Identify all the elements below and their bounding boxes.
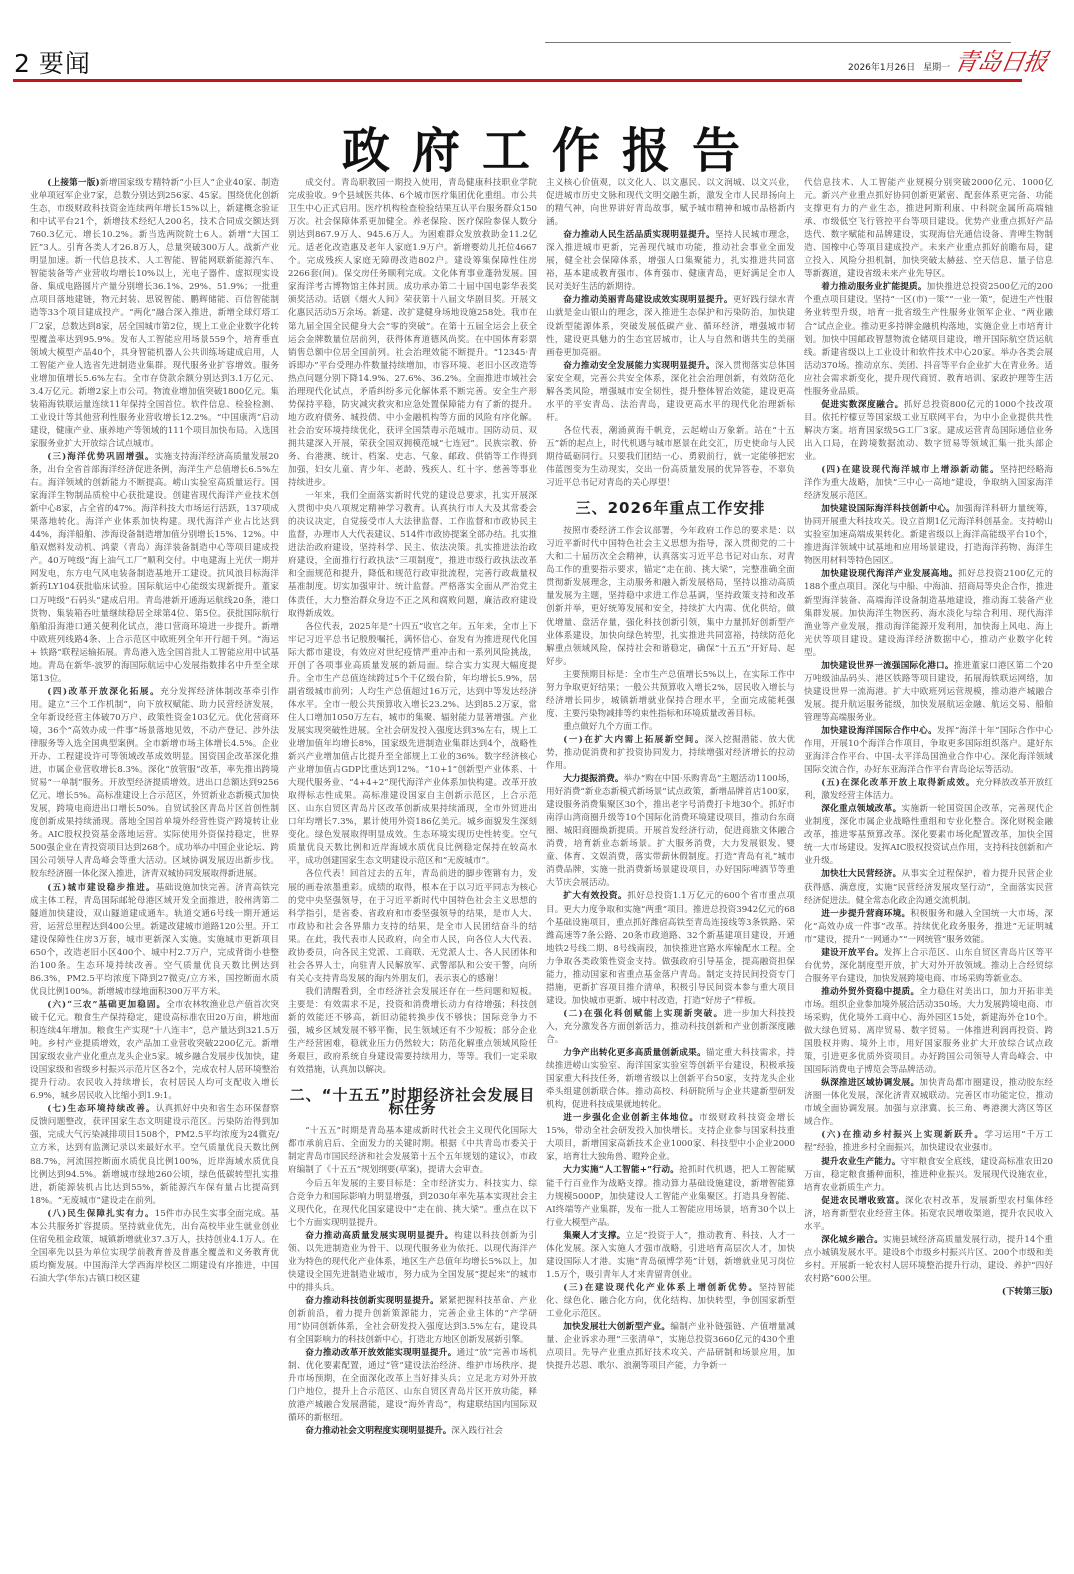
article-paragraph: 一年来，我们全面落实新时代党的建设总要求，扎实开展深入贯彻中央八项规定精神学习教… xyxy=(288,490,537,620)
article-column-4: 代信息技术、人工智能产业规模分别突破2000亿元、1000亿元。新兴产业重点抓好… xyxy=(804,177,1053,1557)
article-paragraph: 加快壮大民营经济。从事实全过程保护，着力提升民营企业获得感、满意度，实施“民营经… xyxy=(804,868,1053,907)
paragraph-text: 15件市办民生实事全面完成。基本公共服务扩容提质。坚持就业优先，出台高校毕业生就… xyxy=(30,1209,279,1284)
article-paragraph: (三)在建设现代化产业体系上增创新优势。坚持智能化、绿色化、融合化方向，优化结构… xyxy=(546,1282,795,1321)
article-paragraph: 促进农民增收致富。深化农村改革，发展新型农村集体经济，培育新型农业经营主体。拓宽… xyxy=(804,1195,1053,1234)
article-paragraph: 进一步提升营商环境。积极服务和融入全国统一大市场，深化“高效办成一件事”改革。持… xyxy=(804,908,1053,947)
article-paragraph: 重点做好九个方面工作。 xyxy=(546,721,795,734)
article-paragraph: 进一步强化企业创新主体地位。市级财政科技资金增长15%，带动全社会研发投入加快增… xyxy=(546,1112,795,1164)
article-column-3: 主义核心价值观，以文化人、以文惠民、以文润城、以文兴业，促进城市历史文脉和现代文… xyxy=(546,177,795,1557)
paragraph-lead-label: 扩大有效投资。 xyxy=(563,891,627,901)
paragraph-text: 代信息技术、人工智能产业规模分别突破2000亿元、1000亿元。新兴产业重点抓好… xyxy=(804,178,1053,279)
paragraph-lead-label: 进一步强化企业创新主体地位。 xyxy=(563,1113,699,1123)
article-paragraph: 大力提振消费。举办“购在中国·乐购青岛”主题活动1100场，用好消费“新业态新模… xyxy=(546,773,795,890)
continued-label: (下转第三版) xyxy=(1002,1287,1053,1297)
article-paragraph: 促进实数深度融合。抓好总投资800亿元的1000个技改项目。依托柠檬豆等国家级工… xyxy=(804,399,1053,464)
article-paragraph: 集聚人才支撑。立足“投资于人”，推动教育、科技、人才一体化发展。深入实施人才强市… xyxy=(546,1230,795,1282)
paragraph-text: 重点做好九个方面工作。 xyxy=(563,722,658,732)
article-paragraph: (七)生态环境持续改善。认真抓好中央和省生态环保督察反馈问题整改，获评国家生态文… xyxy=(30,1103,279,1207)
paragraph-lead-label: (上接第一版) xyxy=(47,178,100,188)
paragraph-text: 主要预期目标是：全市生产总值增长5%以上，在实际工作中努力争取更好结果；一般公共… xyxy=(546,670,795,719)
paragraph-text: 充分发挥经济体制改革牵引作用。建立“三个工作机制”，向下放权赋能、助力民营经济发… xyxy=(30,687,279,880)
paragraph-lead-label: 纵深推进区域协调发展。 xyxy=(821,1078,919,1088)
paragraph-lead-label: 奋力推动安全发展能力实现明显提升。 xyxy=(563,361,715,371)
article-paragraph: 各位代表，潮涌黄海千帆竞，云起崂山万象新。站在“十五五”新的起点上，时代机遇与城… xyxy=(546,425,795,490)
paragraph-lead-label: 奋力推动高质量发展实现明显提升。 xyxy=(305,1231,454,1241)
paragraph-lead-label: 建设开放平台。 xyxy=(821,948,884,958)
paragraph-lead-label: 加快建设现代海洋产业发展高地。 xyxy=(821,569,958,579)
paragraph-lead-label: (五)在深化改革开放上取得新成效。 xyxy=(821,778,975,788)
article-paragraph: 奋力推动高质量发展实现明显提升。构建以科技创新为引领、以先进制造业为骨干、以现代… xyxy=(288,1230,537,1295)
article-paragraph: 力争产出转化更多高质量创新成果。锚定重大科技需求，持续推进崂山实验室、海洋国家实… xyxy=(546,1047,795,1112)
paragraph-lead-label: 促进实数深度融合。 xyxy=(821,400,904,410)
paragraph-text: 抓好总投资1.1万亿元的600个省市重点项目。更大力度争取和实施“两重”项目。推… xyxy=(546,891,795,1005)
paragraph-text: 各位代表，2025年是“十四五”收官之年。五年来，全市上下牢记习近平总书记殷殷嘱… xyxy=(288,622,537,867)
article-paragraph: (六)在推动乡村振兴上实现新跃升。学习运用“千万工程”经验，推进乡村全面振兴，加… xyxy=(804,1129,1053,1155)
article-paragraph: 加快发展壮大创新型产业。编制产业补链强链、产值增量减量、企业诉求办理“三张清单”… xyxy=(546,1321,795,1373)
page-headline: 政府工作报告 xyxy=(0,112,1074,181)
paragraph-text: 新增国家级专精特新“小巨人”企业40家、制造业单项冠军企业7家，总数分别达到25… xyxy=(30,178,279,449)
article-paragraph: “十五五”时期是青岛基本建成新时代社会主义现代化国际大都市承前启后、全面发力的关… xyxy=(288,1125,537,1177)
paragraph-lead-label: 奋力推动改革开放效能实现明显提升。 xyxy=(305,1348,456,1358)
section-heading: 三、2026年重点工作安排 xyxy=(546,502,795,515)
article-paragraph: 着力推动服务业扩能提质。加快推进总投资2500亿元的200个重点项目建设。坚持“… xyxy=(804,281,1053,398)
paragraph-text: 认真抓好中央和省生态环保督察反馈问题整改，获评国家生态文明建设示范区。污染防治得… xyxy=(30,1104,279,1205)
paragraph-lead-label: 加快建设国际海洋科技创新中心。 xyxy=(821,504,955,514)
paragraph-lead-label: 奋力推动社会文明程度实现明显提升。 xyxy=(305,1426,451,1436)
page-number: 2 xyxy=(14,49,31,78)
paragraph-text: 成交付。青岛职教园一期投入使用，青岛健康科技职业学院完成验收。9个县域医共体、6… xyxy=(288,178,537,488)
paragraph-lead-label: (六)“三农”基础更加稳固。 xyxy=(47,1000,166,1010)
article-paragraph: 奋力推动人民生活品质实现明显提升。坚持人民城市理念，深入推进城市更新，完善现代城… xyxy=(546,229,795,294)
paragraph-lead-label: (一)在扩大内需上拓展新空间。 xyxy=(563,735,705,745)
paragraph-text: 抓好总投资2100亿元的188个重点项目。深化与中船、中海油、招商局等央企合作，… xyxy=(804,569,1053,657)
paragraph-text: 按照市委经济工作会议部署，今年政府工作总的要求是：以习近平新时代中国特色社会主义… xyxy=(546,526,795,666)
paragraph-text: 举办“购在中国·乐购青岛”主题活动1100场，用好消费“新业态新模式新场景”试点… xyxy=(546,774,795,888)
article-paragraph: 加快建设海洋国际合作中心。发挥“海洋十年”国际合作中心作用，开展10个海洋合作项… xyxy=(804,725,1053,777)
paragraph-lead-label: 加快发展壮大创新型产业。 xyxy=(563,1322,670,1332)
article-paragraph: (五)城市建设稳步推进。基础设施加快完善。济青高铁完成主体工程，青岛国际邮轮母港… xyxy=(30,882,279,999)
article-paragraph: (二)在强化科创赋能上实现新突破。进一步加大科技投入，充分激发各方面创新活力，推… xyxy=(546,1008,795,1047)
paragraph-text: 我们清醒看到，全市经济社会发展还存在一些问题和短板。主要是：有效需求不足，投资和… xyxy=(288,987,537,1075)
article-paragraph: (六)“三农”基础更加稳固。全市农林牧渔业总产值首次突破千亿元。粮食生产保持稳定… xyxy=(30,999,279,1103)
paragraph-lead-label: 加快建设海洋国际合作中心。 xyxy=(821,726,937,736)
article-paragraph: 深化重点领域改革。实施新一轮国资国企改革，完善现代企业制度，深化市属企业战略性重… xyxy=(804,803,1053,868)
article-paragraph: 今后五年发展的主要目标是：全市经济实力、科技实力、综合竞争力和国际影响力明显增强… xyxy=(288,1178,537,1230)
top-divider xyxy=(545,42,1011,43)
article-paragraph: 奋力推动社会文明程度实现明显提升。深入践行社会 xyxy=(288,1425,537,1438)
article-paragraph: 加快建设现代海洋产业发展高地。抓好总投资2100亿元的188个重点项目。深化与中… xyxy=(804,568,1053,659)
section-name: 要闻 xyxy=(39,49,91,78)
paragraph-lead-label: (七)生态环境持续改善。 xyxy=(47,1104,156,1114)
article-paragraph: (八)民生保障扎实有力。15件市办民生实事全面完成。基本公共服务扩容提质。坚持就… xyxy=(30,1208,279,1286)
article-paragraph: 我们清醒看到，全市经济社会发展还存在一些问题和短板。主要是：有效需求不足，投资和… xyxy=(288,986,537,1077)
continued-on-page-note: (下转第三版) xyxy=(804,1286,1053,1299)
paragraph-text: 各位代表！回首过去的五年，青岛前进的脚步铿锵有力，发展的画卷浓墨重彩。成绩的取得… xyxy=(288,869,537,983)
paragraph-lead-label: 大力实施“人工智能+”行动。 xyxy=(563,1165,679,1175)
paragraph-lead-label: 提升农业生产能力。 xyxy=(821,1157,901,1167)
paragraph-text: 今后五年发展的主要目标是：全市经济实力、科技实力、综合竞争力和国际影响力明显增强… xyxy=(288,1179,537,1228)
article-paragraph: 奋力推动改革开放效能实现明显提升。通过“放”完善市场机制、优化要素配置，通过“管… xyxy=(288,1347,537,1425)
article-paragraph: 提升农业生产能力。守牢粮食安全底线，建设高标准农田20万亩，稳定粮食播种面积，推… xyxy=(804,1156,1053,1195)
article-paragraph: (一)在扩大内需上拓展新空间。深入挖掘潜能、放大优势，推动促消费和扩投资协同发力… xyxy=(546,734,795,773)
article-paragraph: 各位代表，2025年是“十四五”收官之年。五年来，全市上下牢记习近平总书记殷殷嘱… xyxy=(288,621,537,869)
paragraph-lead-label: 促进农民增收致富。 xyxy=(821,1196,905,1206)
article-paragraph: 建设开放平台。发挥上合示范区、山东自贸区青岛片区等平台优势，深化制度型开放，扩大… xyxy=(804,947,1053,986)
article-paragraph: 纵深推进区域协调发展。加快青岛都市圈建设，推动胶东经济圈一体化发展，深化济青双城… xyxy=(804,1077,1053,1129)
article-paragraph: (五)在深化改革开放上取得新成效。充分释放改革开放红利，激发经营主体活力。 xyxy=(804,777,1053,803)
paragraph-lead-label: (八)民生保障扎实有力。 xyxy=(47,1209,155,1219)
article-column-2: 成交付。青岛职教园一期投入使用，青岛健康科技职业学院完成验收。9个县域医共体、6… xyxy=(288,177,537,1557)
paragraph-lead-label: (六)在推动乡村振兴上实现新跃升。 xyxy=(821,1130,984,1140)
article-paragraph: (四)改革开放深化拓展。充分发挥经济体制改革牵引作用。建立“三个工作机制”，向下… xyxy=(30,686,279,882)
article-column-1: (上接第一版)新增国家级专精特新“小巨人”企业40家、制造业单项冠军企业7家，总… xyxy=(30,177,279,1557)
paragraph-lead-label: 着力推动服务业扩能提质。 xyxy=(821,282,926,292)
paragraph-text: 主义核心价值观，以文化人、以文惠民、以文润城、以文兴业，促进城市历史文脉和现代文… xyxy=(546,178,795,227)
page-section-label: 2要闻 xyxy=(14,44,91,80)
article-paragraph: 奋力推动美丽青岛建设成效实现明显提升。更好践行绿水青山就是金山银山的理念，深入推… xyxy=(546,294,795,359)
paragraph-text: 各位代表，潮涌黄海千帆竞，云起崂山万象新。站在“十五五”新的起点上，时代机遇与城… xyxy=(546,426,795,488)
paragraph-lead-label: 力争产出转化更多高质量创新成果。 xyxy=(563,1048,706,1058)
paragraph-text: 全市农林牧渔业总产值首次突破千亿元。粮食生产保持稳定，建设高标准农田20万亩，耕… xyxy=(30,1000,279,1101)
paragraph-text: “十五五”时期是青岛基本建成新时代社会主义现代化国际大都市承前启后、全面发力的关… xyxy=(288,1126,537,1175)
paragraph-lead-label: (二)在强化科创赋能上实现新突破。 xyxy=(563,1009,723,1019)
article-paragraph: 深化城乡融合。实施县域经济高质量发展行动，提升14个重点小城镇发展水平。建设8个… xyxy=(804,1234,1053,1286)
section-heading: 二、“十五五”时期经济社会发展目标任务 xyxy=(288,1089,537,1115)
paragraph-lead-label: (三)在建设现代化产业体系上增创新优势。 xyxy=(563,1283,759,1293)
paragraph-lead-label: 奋力推动科技创新实现明显提升。 xyxy=(305,1296,439,1306)
paragraph-lead-label: 加快壮大民营经济。 xyxy=(821,869,901,879)
paragraph-lead-label: 奋力推动人民生活品质实现明显提升。 xyxy=(563,230,715,240)
article-body: (上接第一版)新增国家级专精特新“小巨人”企业40家、制造业单项冠军企业7家，总… xyxy=(30,177,1060,1557)
article-paragraph: 推动外贸外资稳中提质。全力稳住对美出口，加力开拓非美市场。组织企业参加境外展洽活… xyxy=(804,986,1053,1077)
paragraph-text: 一年来，我们全面落实新时代党的建设总要求，扎实开展深入贯彻中央八项规定精神学习教… xyxy=(288,491,537,618)
paragraph-text: 实施支持海洋经济高质量发展20条，出台全省首部海洋经济促进条例，海洋生产总值增长… xyxy=(30,452,279,684)
article-paragraph: 奋力推动科技创新实现明显提升。紧紧把握科技革命、产业创新前沿，着力提升创新策源能… xyxy=(288,1295,537,1347)
masthead-red-rule xyxy=(13,79,1022,82)
paragraph-lead-label: 奋力推动美丽青岛建设成效实现明显提升。 xyxy=(563,295,733,305)
article-paragraph: (上接第一版)新增国家级专精特新“小巨人”企业40家、制造业单项冠军企业7家，总… xyxy=(30,177,279,451)
weekday: 星期一 xyxy=(923,63,950,73)
article-paragraph: 成交付。青岛职教园一期投入使用，青岛健康科技职业学院完成验收。9个县域医共体、6… xyxy=(288,177,537,490)
paragraph-lead-label: 深化重点领域改革。 xyxy=(821,804,901,814)
article-paragraph: 扩大有效投资。抓好总投资1.1万亿元的600个省市重点项目。更大力度争取和实施“… xyxy=(546,890,795,1007)
paragraph-lead-label: (三)海洋优势巩固增强。 xyxy=(47,452,155,462)
publication-date: 2026年1月26日 xyxy=(848,63,915,73)
article-paragraph: 各位代表！回首过去的五年，青岛前进的脚步铿锵有力，发展的画卷浓墨重彩。成绩的取得… xyxy=(288,868,537,985)
article-paragraph: 奋力推动安全发展能力实现明显提升。深入贯彻落实总体国家安全观，完善公共安全体系，… xyxy=(546,360,795,425)
article-paragraph: 加快建设世界一流强国际化港口。推进董家口港区第二个20万吨级油品码头、港区铁路等… xyxy=(804,660,1053,725)
article-paragraph: (三)海洋优势巩固增强。实施支持海洋经济高质量发展20条，出台全省首部海洋经济促… xyxy=(30,451,279,686)
paragraph-lead-label: (五)城市建设稳步推进。 xyxy=(47,883,156,893)
article-paragraph: 加快建设国际海洋科技创新中心。加强海洋科研力量统筹，协同开展重大科技攻关。设立首… xyxy=(804,503,1053,568)
paragraph-text: 深入践行社会 xyxy=(451,1426,503,1436)
paragraph-text: 全力稳住对美出口，加力开拓非美市场。组织企业参加境外展洽活动350场。大力发展跨… xyxy=(804,987,1053,1075)
paragraph-lead-label: 进一步提升营商环境。 xyxy=(821,909,910,919)
masthead: 2要闻 2026年1月26日星期一 青岛日报 xyxy=(0,0,1074,82)
paragraph-text: 加快推进总投资2500亿元的200个重点项目建设。坚持“一区(市)一策”“一业一… xyxy=(804,282,1053,396)
article-paragraph: 主义核心价值观，以文化人、以文惠民、以文润城、以文兴业，促进城市历史文脉和现代文… xyxy=(546,177,795,229)
paragraph-lead-label: 加快建设世界一流强国际化港口。 xyxy=(821,661,954,671)
paragraph-lead-label: (四)改革开放深化拓展。 xyxy=(47,687,160,697)
paragraph-lead-label: 集聚人才支撑。 xyxy=(563,1231,625,1241)
article-paragraph: (四)在建设现代海洋城市上增添新动能。坚持把经略海洋作为重大战略，加快“三中心一… xyxy=(804,464,1053,503)
paragraph-text: 基础设施加快完善。济青高铁完成主体工程，青岛国际邮轮母港区域开发全面推进，胶州湾… xyxy=(30,883,279,997)
article-paragraph: 大力实施“人工智能+”行动。抢抓时代机遇，把人工智能赋能千行百业作为战略支撑。推… xyxy=(546,1164,795,1229)
dateline: 2026年1月26日星期一 xyxy=(848,60,950,73)
article-paragraph: 按照市委经济工作会议部署，今年政府工作总的要求是：以习近平新时代中国特色社会主义… xyxy=(546,525,795,669)
paragraph-lead-label: 深化城乡融合。 xyxy=(821,1235,883,1245)
article-paragraph: 主要预期目标是：全市生产总值增长5%以上，在实际工作中努力争取更好结果；一般公共… xyxy=(546,669,795,721)
paragraph-lead-label: 推动外贸外资稳中提质。 xyxy=(821,987,919,997)
paragraph-lead-label: 大力提振消费。 xyxy=(563,774,623,784)
article-paragraph: 代信息技术、人工智能产业规模分别突破2000亿元、1000亿元。新兴产业重点抓好… xyxy=(804,177,1053,281)
paragraph-text: 通过“放”完善市场机制、优化要素配置，通过“管”建设法治经济、维护市场秩序、提升… xyxy=(288,1348,537,1423)
newspaper-logo: 青岛日报 xyxy=(952,42,1050,77)
paragraph-lead-label: (四)在建设现代海洋城市上增添新动能。 xyxy=(821,465,1000,475)
